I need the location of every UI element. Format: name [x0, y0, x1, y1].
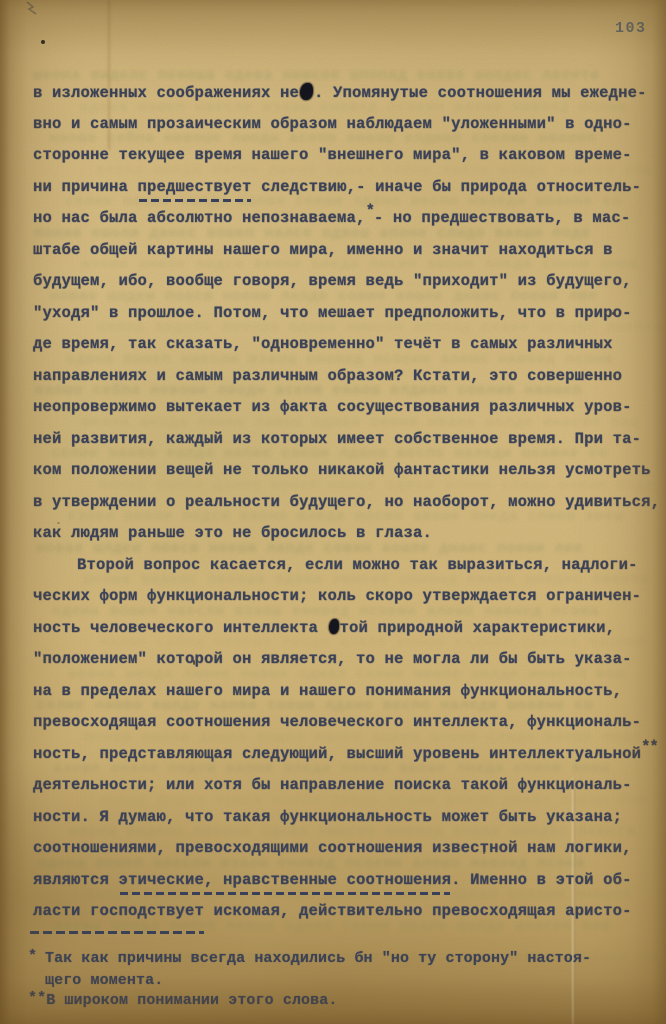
text-segment: ней развития, каждый из которых имеет со… [33, 430, 641, 448]
text-segment: сторонне текущее время нашего "внешнего … [33, 146, 632, 164]
footnote-line: *Так как причины всегда находились бн "н… [28, 950, 591, 967]
text-segment: - но предшествовать, в мас- [374, 209, 631, 227]
text-segment: в изложенных соображениях не [33, 84, 299, 102]
ink-blot [300, 83, 313, 100]
typescript-page-scan: шеона виделс пеноша одева нимсое шпопад … [0, 0, 666, 1024]
text-segment: ни причина [33, 178, 138, 196]
text-segment: в утверждении о реальности будущего, но … [33, 493, 660, 511]
footnote-marker: * [28, 948, 45, 965]
text-segment: на в пределах нашего мира и нашего поним… [33, 682, 622, 700]
underlined-text: этические, нравственные соотношения [119, 871, 452, 889]
footnote-reference-mark: * [366, 202, 374, 220]
footnote-text: В широком понимании этого слова. [46, 992, 337, 1009]
text-line: как людям раньше это не бросилось в глаз… [33, 524, 432, 542]
footnote-text: Так как причины всегда находились бн "но… [45, 950, 591, 967]
text-line: деятельности; или хотя бы направление по… [33, 776, 632, 794]
footnote-marker: ** [28, 990, 46, 1007]
text-segment: . Именно в этой об- [451, 871, 632, 889]
text-segment: ности. Я думаю, что такая функциональнос… [33, 808, 622, 826]
text-line: ческих форм функциональности; коль скоро… [33, 587, 641, 605]
text-line: ни причина предшествует следствию,- инач… [33, 178, 641, 196]
text-segment: являются [33, 871, 119, 889]
text-segment: ность, представляющая следующий, высший … [33, 745, 641, 763]
text-segment: направлениях и самым различным образом? … [33, 367, 622, 385]
text-segment: будущем, ибо, вообще говоря, время ведь … [33, 272, 632, 290]
text-line: будущем, ибо, вообще говоря, время ведь … [33, 272, 632, 290]
text-line: "положением" которой он является, то не … [33, 650, 632, 668]
text-segment: ласти господствует искомая, действительн… [33, 902, 632, 920]
text-segment: ческих форм функциональности; коль скоро… [33, 587, 641, 605]
text-line: вно и самым прозаическим образом наблюда… [33, 115, 632, 133]
text-segment: деятельности; или хотя бы направление по… [33, 776, 632, 794]
text-segment: ком положении вещей не только никакой фа… [33, 461, 651, 479]
footnote-reference-mark: ** [641, 738, 658, 756]
text-line: де время, так сказать, "одновременно" те… [33, 335, 613, 353]
text-segment: . Упомянутые соотношения мы ежедне- [314, 84, 647, 102]
text-line: ности. Я думаю, что такая функциональнос… [33, 808, 622, 826]
text-segment: "положением" которой он является, то не … [33, 650, 632, 668]
text-segment: Второй вопрос касается, если можно так в… [77, 556, 638, 574]
text-segment: неопровержимо вытекает из факта сосущест… [33, 398, 632, 416]
text-line: превосходящая соотношения человеческого … [33, 713, 641, 731]
text-segment: "уходя" в прошлое. Потом, что мешает пре… [33, 304, 632, 322]
text-line: неопровержимо вытекает из факта сосущест… [33, 398, 632, 416]
text-line: ность человеческого интеллекта той приро… [33, 619, 615, 637]
text-line: Второй вопрос касается, если можно так в… [77, 556, 638, 574]
text-line: соотношениями, превосходящими соотношени… [33, 839, 632, 857]
text-segment: превосходящая соотношения человеческого … [33, 713, 641, 731]
text-line: штабе общей картины нашего мира, именно … [33, 241, 613, 259]
text-line: ком положении вещей не только никакой фа… [33, 461, 651, 479]
text-segment: той природной характеристики, [340, 619, 616, 637]
text-line: ней развития, каждый из которых имеет со… [33, 430, 641, 448]
text-segment: штабе общей картины нашего мира, именно … [33, 241, 613, 259]
text-line: в изложенных соображениях не. Упомянутые… [33, 83, 647, 102]
footnote-separator [30, 931, 204, 934]
text-line: являются этические, нравственные соотнош… [33, 871, 632, 889]
text-line: в утверждении о реальности будущего, но … [33, 493, 660, 511]
text-segment: ность человеческого интеллекта [33, 619, 328, 637]
text-line: сторонне текущее время нашего "внешнего … [33, 146, 632, 164]
text-segment: де время, так сказать, "одновременно" те… [33, 335, 613, 353]
footnote-line: **В широком понимании этого слова. [28, 992, 337, 1009]
footnote-line: щего момента. [28, 972, 163, 989]
text-line: направлениях и самым различным образом? … [33, 367, 622, 385]
text-segment: но нас была абсолютно непознаваема, [33, 209, 366, 227]
underlined-text: предшествует [138, 178, 252, 196]
text-line: ность, представляющая следующий, высший … [33, 745, 658, 763]
text-line: "уходя" в прошлое. Потом, что мешает пре… [33, 304, 632, 322]
ink-blot [329, 619, 339, 634]
typewritten-text: в изложенных соображениях не. Упомянутые… [0, 0, 666, 1024]
text-segment: соотношениями, превосходящими соотношени… [33, 839, 632, 857]
text-line: ласти господствует искомая, действительн… [33, 902, 632, 920]
text-line: но нас была абсолютно непознаваема,*- но… [33, 209, 630, 227]
footnote-text: щего момента. [45, 972, 163, 989]
text-segment: вно и самым прозаическим образом наблюда… [33, 115, 632, 133]
text-segment: следствию,- иначе бы природа относитель- [252, 178, 642, 196]
text-line: на в пределах нашего мира и нашего поним… [33, 682, 622, 700]
text-segment: как людям раньше это не бросилось в глаз… [33, 524, 432, 542]
